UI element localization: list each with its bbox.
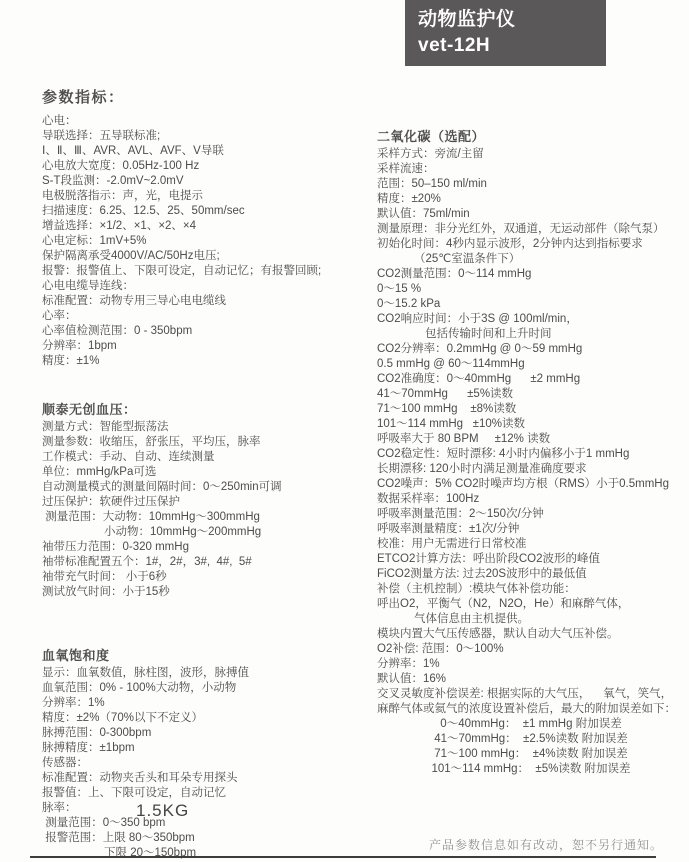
spec-line: 报警值：上、下限可设定，自动记忆 — [42, 786, 374, 801]
spec-line: CO2响应时间：小于3S @ 100ml/min， — [377, 312, 685, 327]
weight-watermark: 1.5KG — [136, 801, 189, 821]
spec-line: 脉搏精度：±1bpm — [42, 741, 374, 756]
spec-line: 71～100 mmHg： ±4%读数 附加误差 — [377, 747, 685, 762]
footer-note: 产品参数信息如有改动，恕不另行通知。 — [429, 836, 663, 853]
spec-line: 精度：±2%（70%以下不定义） — [42, 711, 374, 726]
product-name: 动物监护仪 — [418, 7, 606, 33]
spec-line: 采样方式：旁流/主留 — [377, 147, 685, 162]
spec-line: 心电放大宽度：0.05Hz-100 Hz — [42, 159, 374, 174]
spec-line: 测试放气时间：小于15秒 — [42, 585, 374, 600]
spec-line: 报警：报警值上、下限可设定，自动记忆；有报警回顾; — [42, 264, 374, 279]
spec-line: 呼吸率测量范围：2～150次/分钟 — [377, 507, 685, 522]
spec-line: 长期漂移: 120小时内满足测量准确度要求 — [377, 462, 685, 477]
spec-line: 测量参数：收缩压，舒张压，平均压，脉率 — [42, 435, 374, 450]
spec-line: 默认值：16% — [377, 672, 685, 687]
spec-line: 传感器： — [42, 756, 374, 771]
spec-line: 测量方式：智能型振荡法 — [42, 420, 374, 435]
spec-line: 初始化时间：4秒内显示波形，2分钟内达到指标要求 — [377, 237, 685, 252]
spec-line: CO2稳定性：短时漂移: 4小时内偏移小于1 mmHg — [377, 447, 685, 462]
spec-line: 心电电缆导连线： — [42, 279, 374, 294]
spec-line: 显示：血氧数值，脉柱图，波形，脉搏值 — [42, 666, 374, 681]
spec-line: S-T段监测：-2.0mV~2.0mV — [42, 174, 374, 189]
spec-line: ETCO2计算方法：呼出阶段CO2波形的峰值 — [377, 552, 685, 567]
product-model: vet-12H — [418, 33, 606, 59]
spec-line: 扫描速度：6.25、12.5、25、50mm/sec — [42, 204, 374, 219]
spec-line: 测量原理：非分光红外，双通道，无运动部件（除气泵） — [377, 222, 685, 237]
spacer — [42, 600, 374, 615]
spec-line: 标准配置：动物夹舌头和耳朵专用探头 — [42, 771, 374, 786]
spec-line: 血氧范围：0% - 100%大动物，小动物 — [42, 681, 374, 696]
spec-line: 袖带充气时间： 小于6秒 — [42, 570, 374, 585]
section-heading: 顺泰无创血压： — [42, 399, 374, 420]
spec-line: 保护隔离承受4000V/AC/50Hz电压; — [42, 249, 374, 264]
spec-line: 模块内置大气压传感器，默认自动大气压补偿。 — [377, 627, 685, 642]
spec-line: 分辨率：1bpm — [42, 339, 374, 354]
spec-line: 心率值检测范围：0 - 350bpm — [42, 324, 374, 339]
spec-line: 标准配置：动物专用三导心电电缆线 — [42, 294, 374, 309]
spec-line: O2补偿: 范围：0～100% — [377, 642, 685, 657]
spec-line: 麻醉气体或氦气的浓度设置补偿后，最大的附加误差如下： — [377, 702, 685, 717]
spec-line: 交叉灵敏度补偿误差: 根据实际的大气压， 氧气，笑气， — [377, 687, 685, 702]
spacer — [42, 630, 374, 645]
spec-line: 分辨率：1% — [377, 657, 685, 672]
spec-line: 0.5 mmHg @ 60～114mmHg — [377, 357, 685, 372]
spec-line: 101～114 mmHg： ±5%读数 附加误差 — [377, 762, 685, 777]
spec-line: 心电： — [42, 114, 374, 129]
spec-line: 呼出O2，平衡气（N2，N2O，He）和麻醉气体， — [377, 597, 685, 612]
spec-line: 袖带压力范围：0-320 mmHg — [42, 540, 374, 555]
spec-line: 采样流速： — [377, 162, 685, 177]
spec-line: 小动物：10mmHg～200mmHg — [42, 525, 374, 540]
spec-line: 自动测量模式的测量间隔时间：0～250min可调 — [42, 480, 374, 495]
spec-line: 41～70mmHg： ±2.5%读数 附加误差 — [377, 732, 685, 747]
spec-line: 报警范围：上限 80～350bpm — [42, 831, 374, 846]
left-column-title: 参数指标： — [42, 90, 374, 105]
spec-line: 脉率： — [42, 801, 374, 816]
spec-line: 41～70mmHg ±5%读数 — [377, 387, 685, 402]
spec-line: 气体信息由主机提供。 — [377, 612, 685, 627]
spec-line: 71～100 mmHg ±8%读数 — [377, 402, 685, 417]
spec-line: 补偿（主机控制）:模块气体补偿功能： — [377, 582, 685, 597]
spec-line: 包括传输时间和上升时间 — [377, 327, 685, 342]
spec-line: 精度：±20% — [377, 192, 685, 207]
spec-line: （25℃室温条件下） — [377, 252, 685, 267]
spacer — [42, 384, 374, 399]
spec-sheet-page: 动物监护仪 vet-12H 参数指标： 心电：导联选择：五导联标准;Ⅰ、Ⅱ、Ⅲ、… — [0, 0, 689, 862]
spec-line: 单位：mmHg/kPa可选 — [42, 465, 374, 480]
section-heading: 二氧化碳（选配） — [377, 126, 685, 147]
spec-line: 精度：±1% — [42, 354, 374, 369]
spec-line: 默认值：75ml/min — [377, 207, 685, 222]
spec-line: 工作模式：手动、自动、连续测量 — [42, 450, 374, 465]
left-column-lines: 心电：导联选择：五导联标准;Ⅰ、Ⅱ、Ⅲ、AVR、AVL、AVF、V导联心电放大宽… — [42, 114, 374, 861]
spec-line: 0～15 % — [377, 282, 685, 297]
spec-line: 校准：用户无需进行日常校准 — [377, 537, 685, 552]
spec-line: 心率： — [42, 309, 374, 324]
spec-line: 呼吸率测量精度：±1次/分钟 — [377, 522, 685, 537]
spec-line: CO2测量范围：0～114 mmHg — [377, 267, 685, 282]
spec-line: 脉搏范围：0-300bpm — [42, 726, 374, 741]
bottom-divider — [30, 856, 656, 858]
left-column: 参数指标： 心电：导联选择：五导联标准;Ⅰ、Ⅱ、Ⅲ、AVR、AVL、AVF、V导… — [42, 90, 374, 861]
right-column-lines: 二氧化碳（选配）采样方式：旁流/主留采样流速：范围：50–150 ml/min精… — [377, 126, 685, 777]
spacer — [42, 615, 374, 630]
right-column: 二氧化碳（选配）采样方式：旁流/主留采样流速：范围：50–150 ml/min精… — [377, 126, 685, 777]
spec-line: 心电定标：1mV+5% — [42, 234, 374, 249]
spec-line: 分辨率：1% — [42, 696, 374, 711]
spec-line: CO2分辨率：0.2mmHg @ 0～59 mmHg — [377, 342, 685, 357]
spec-line: 数据采样率：100Hz — [377, 492, 685, 507]
product-header: 动物监护仪 vet-12H — [405, 0, 606, 66]
spec-line: 0～40mmHg： ±1 mmHg 附加误差 — [377, 717, 685, 732]
spec-line: 101～114 mmHg ±10%读数 — [377, 417, 685, 432]
spec-line: 过压保护：软硬件过压保护 — [42, 495, 374, 510]
spec-line: FiCO2测量方法: 过去20S波形中的最低值 — [377, 567, 685, 582]
spec-line: 呼吸率大于 80 BPM ±12% 读数 — [377, 432, 685, 447]
spec-line: 下限 20～150bpm — [42, 846, 374, 861]
spec-line: 范围：50–150 ml/min — [377, 177, 685, 192]
spec-line: 测量范围：大动物：10mmHg～300mmHg — [42, 510, 374, 525]
spec-line: 增益选择：×1/2、×1、×2、×4 — [42, 219, 374, 234]
spec-line: 电极脱落指示：声，光，电提示 — [42, 189, 374, 204]
spec-line: CO2噪声：5% CO2时噪声均方根（RMS）小于0.5mmHg — [377, 477, 685, 492]
spec-line: CO2准确度：0～40mmHg ±2 mmHg — [377, 372, 685, 387]
spec-line: 袖带标准配置五个：1#，2#，3#, 4#, 5# — [42, 555, 374, 570]
spacer — [42, 369, 374, 384]
spec-line: 导联选择：五导联标准; — [42, 129, 374, 144]
spec-line: Ⅰ、Ⅱ、Ⅲ、AVR、AVL、AVF、V导联 — [42, 144, 374, 159]
spec-line: 0～15.2 kPa — [377, 297, 685, 312]
section-heading: 血氧饱和度 — [42, 645, 374, 666]
spec-line: 测量范围：0～350 bpm — [42, 816, 374, 831]
